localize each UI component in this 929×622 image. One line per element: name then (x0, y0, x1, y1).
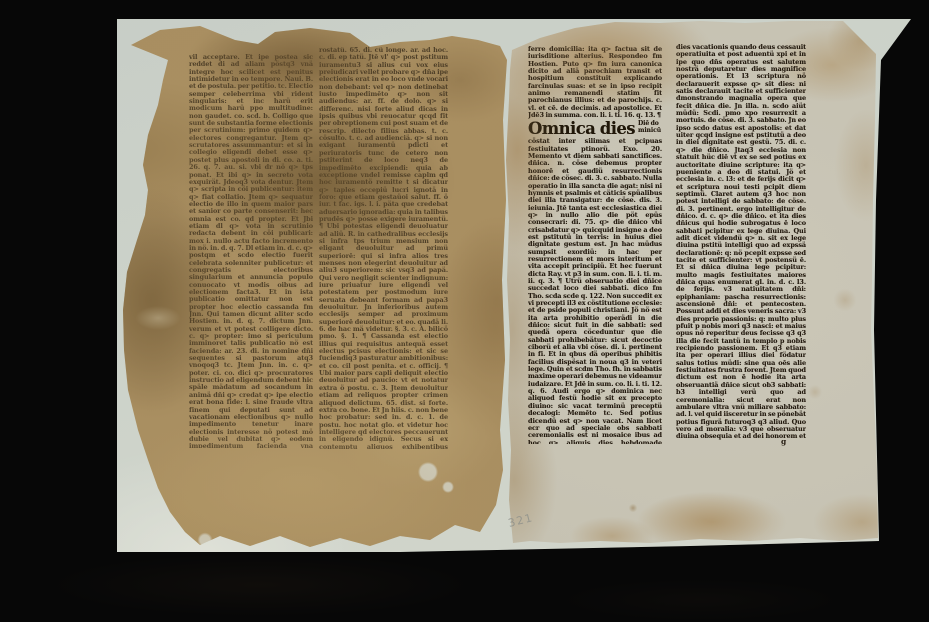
chapter-heading-side-note: Diē do minicū (638, 121, 661, 134)
chapter-heading-row: Omnica dies Diē do minicū (528, 121, 662, 136)
right-column1-intro-text: ferre domicilia: ita q> factua sit de iu… (528, 46, 662, 119)
left-page-column-1: vil acceptare. Et ipe postea sic reddet … (189, 54, 313, 448)
right-page-column-2: dies vacationis quando deus cessauit ope… (676, 44, 806, 440)
chapter-heading: Omnica dies (528, 121, 635, 136)
signature-mark: g (781, 437, 786, 446)
right-page-column-1: ferre domicilia: ita q> factua sit de iu… (528, 46, 662, 444)
heading-side-line2: minicū (638, 128, 661, 135)
incunabulum-photo-slide: vil acceptare. Et ipe postea sic reddet … (0, 0, 929, 622)
left-page-column-2: rostatü. 65. di. cü longe. ar. ad hoc. c… (319, 47, 448, 449)
right-column1-body-text: cöstat inter silimas et pcipuas festiuit… (528, 137, 662, 444)
